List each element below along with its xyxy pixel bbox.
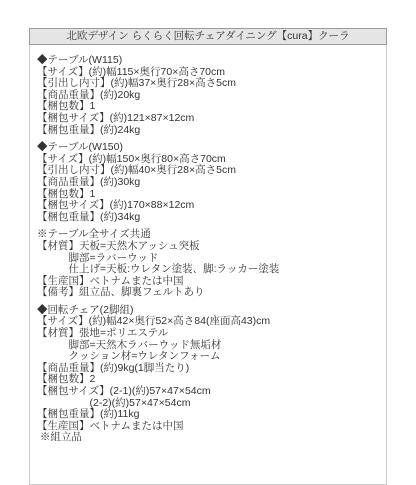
spec-line-package-weight: 【梱包重量】(約)24kg [37,125,380,137]
spec-section-swivel-chair: ◆回転チェア(2脚組) 【サイズ】(約)幅42×奥行52×高さ84(座面高43)… [37,305,380,444]
note-line: ※組立品 [37,432,380,444]
spec-section-table-w115: ◆テーブル(W115) 【サイズ】(約)幅115×奥行70×高さ70cm 【引出… [37,55,380,136]
product-title-bar: 北欧デザイン らくらく回転チェアダイニング【cura】クーラ [29,28,387,45]
spec-line-package-weight: 【梱包重量】(約)34kg [37,212,380,224]
spec-line-package-size: 【梱包サイズ】(約)170×88×12cm [37,200,380,212]
section-heading: ◆テーブル(W150) [37,142,380,154]
spec-box: ◆テーブル(W115) 【サイズ】(約)幅115×奥行70×高さ70cm 【引出… [29,45,387,485]
spec-line-material: 【材質】張地=ポリエステル [37,328,380,340]
spec-line-weight: 【商品重量】(約)30kg [37,177,380,189]
spec-line-finish: 仕上げ=天板:ウレタン塗装、脚:ラッカー塗装 [37,264,380,276]
spec-line-remarks: 【備考】組立品、脚裏フェルトあり [37,287,380,299]
spec-line-package-size: 【梱包サイズ】(約)121×87×12cm [37,113,380,125]
spec-section-table-common: ※テーブル全サイズ共通 【材質】天板=天然木アッシュ突板 脚部=ラバーウッド 仕… [37,229,380,299]
section-heading: ◆テーブル(W115) [37,55,380,67]
product-title: 北欧デザイン らくらく回転チェアダイニング【cura】クーラ [66,30,349,42]
spec-line-material: 【材質】天板=天然木アッシュ突板 [37,241,380,253]
spec-line-origin: 【生産国】ベトナムまたは中国 [37,421,380,433]
spec-line-package-size-1: 【梱包サイズ】(2-1)(約)57×47×54cm [37,386,380,398]
spec-section-table-w150: ◆テーブル(W150) 【サイズ】(約)幅150×奥行80×高さ70cm 【引出… [37,142,380,223]
